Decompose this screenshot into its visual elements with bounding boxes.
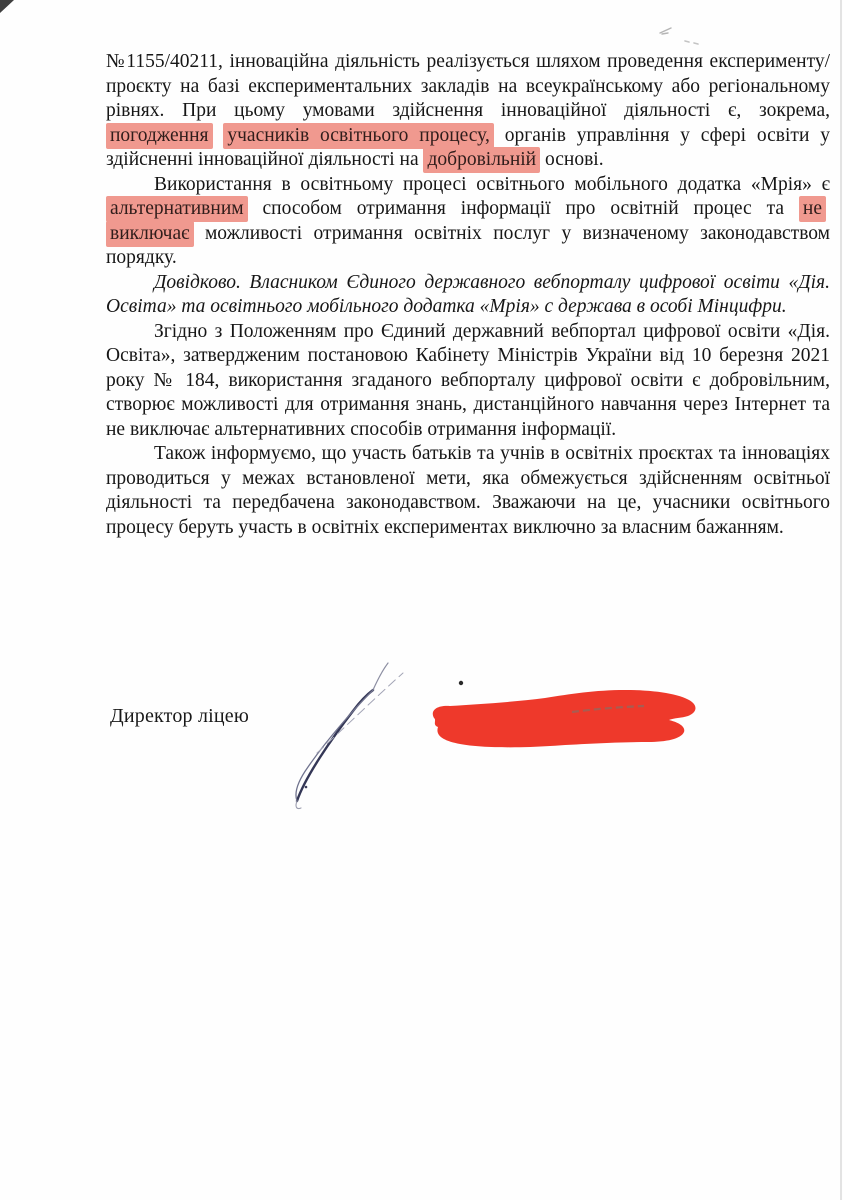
text-segment: Також інформуємо, що участь батьків та у…: [106, 443, 830, 538]
paragraph-3-reference-note: Довідково. Власником Єдиного державного …: [106, 271, 830, 320]
letter-body: №1155/40211, інноваційна діяльність реал…: [106, 50, 830, 540]
scan-edge-line: [840, 0, 842, 1200]
handwritten-signature-icon: [270, 650, 415, 815]
scan-corner-artifact: [0, 0, 14, 13]
signatory-title: Директор ліцею: [110, 705, 249, 728]
text-segment: [213, 125, 224, 146]
highlighted-text: добровільній: [423, 147, 540, 173]
highlighted-text: альтернативним: [106, 196, 248, 222]
paragraph-4: Згідно з Положенням про Єдиний державний…: [106, 320, 830, 443]
highlighted-text: погодження: [106, 123, 213, 149]
text-segment: №1155/40211, інноваційна діяльність реал…: [106, 51, 830, 121]
ink-dot: [459, 681, 463, 685]
text-segment: основі.: [540, 149, 603, 170]
text-segment: Довідково. Власником Єдиного державного …: [106, 272, 830, 318]
text-segment: способом отримання інформації про освітн…: [248, 198, 799, 219]
text-segment: Згідно з Положенням про Єдиний державний…: [106, 321, 830, 440]
highlighted-text: учасників освітнього процесу,: [223, 123, 493, 149]
paragraph-1: №1155/40211, інноваційна діяльність реал…: [106, 50, 830, 173]
pencil-smudge-artifact: [652, 20, 712, 52]
paragraph-5: Також інформуємо, що участь батьків та у…: [106, 442, 830, 540]
text-segment: Використання в освітньому процесі освітн…: [154, 174, 830, 195]
text-segment: можливості отримання освітніх послуг у в…: [106, 223, 830, 269]
paragraph-2: Використання в освітньому процесі освітн…: [106, 173, 830, 271]
scanned-letter-page: №1155/40211, інноваційна діяльність реал…: [0, 0, 843, 1200]
red-marker-redaction-icon: [420, 678, 712, 758]
